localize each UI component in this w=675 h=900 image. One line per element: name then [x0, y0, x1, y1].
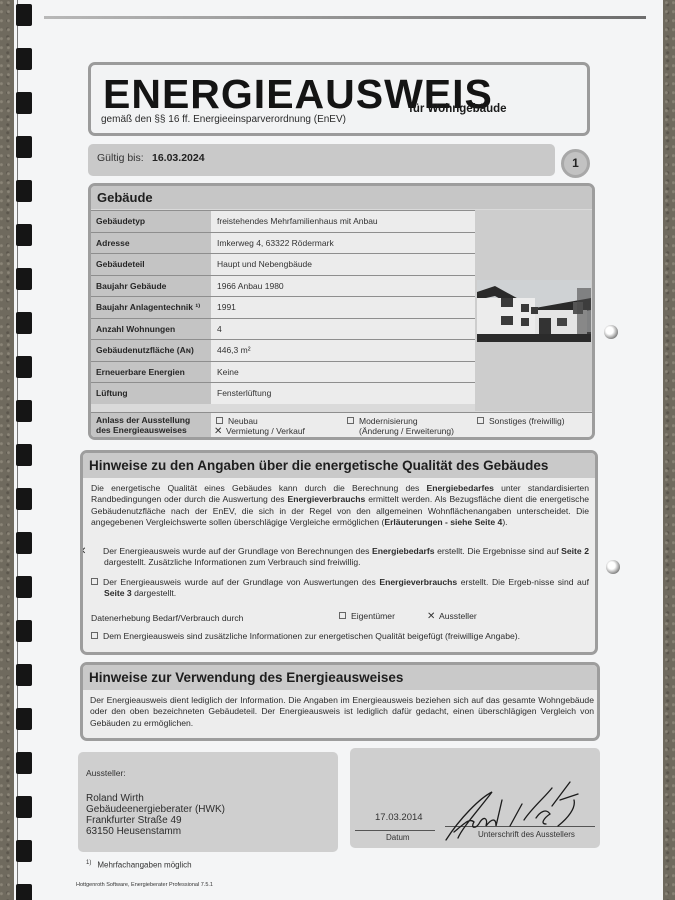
table-row: AdresseImkerweg 4, 63322 Rödermark	[91, 232, 475, 254]
option-vermietung-verkauf[interactable]: ✕Vermietung / Verkauf	[214, 426, 305, 437]
usage-hints-text: Der Energieausweis dient lediglich der I…	[90, 695, 594, 729]
issuer-label: Aussteller:	[86, 768, 126, 778]
row-label: Lüftung	[91, 383, 211, 404]
usage-hints-section: Hinweise zur Verwendung des Energieauswe…	[80, 662, 600, 741]
option-sonstiges[interactable]: Sonstiges (freiwillig)	[477, 416, 565, 426]
row-value: Imkerweg 4, 63322 Rödermark	[211, 233, 475, 254]
issuer-street: Frankfurter Straße 49	[86, 815, 225, 826]
footnote: 1)Mehrfachangaben möglich	[86, 860, 192, 870]
option-label: Neubau	[228, 416, 258, 426]
row-label: Erneuerbare Energien	[91, 362, 211, 383]
usage-hints-heading: Hinweise zur Verwendung des Energieauswe…	[83, 665, 597, 690]
row-label: Baujahr Gebäude	[91, 276, 211, 297]
table-row: Erneuerbare EnergienKeine	[91, 361, 475, 383]
footnote-text: Mehrfachangaben möglich	[97, 861, 191, 870]
option-label: Modernisierung	[359, 416, 418, 426]
binding-tab	[16, 576, 32, 598]
data-collection-label: Datenerhebung Bedarf/Verbrauch durch	[91, 613, 243, 624]
table-row: Anzahl Wohnungen4	[91, 318, 475, 340]
binding-tab	[16, 884, 32, 900]
binding-tab	[16, 620, 32, 642]
date-line	[355, 830, 435, 831]
quality-hints-heading: Hinweise zu den Angaben über die energet…	[83, 453, 595, 478]
issuer-city: 63150 Heusenstamm	[86, 826, 225, 837]
issuer-name: Roland Wirth	[86, 793, 225, 804]
binding-tab	[16, 664, 32, 686]
issuer-box: Aussteller: Roland Wirth Gebäudeenergieb…	[78, 752, 338, 852]
document-subtitle: gemäß den §§ 16 ff. Energieeinsparverord…	[101, 114, 346, 125]
title-box: ENERGIEAUSWEIS gemäß den §§ 16 ff. Energ…	[88, 62, 590, 136]
table-row: LüftungFensterlüftung	[91, 382, 475, 404]
binding-tab	[16, 136, 32, 158]
checkbox-unchecked-icon[interactable]	[347, 417, 354, 424]
checkbox-checked-x-icon[interactable]: ✕	[91, 546, 100, 557]
validity-bar: Gültig bis: 16.03.2024	[88, 144, 555, 176]
binding-tab	[16, 312, 32, 334]
footnote-mark: 1)	[86, 860, 91, 866]
table-row: GebäudeteilHaupt und Nebengbäude	[91, 253, 475, 275]
option-issuer[interactable]: ✕Aussteller	[427, 611, 477, 622]
issuer-title: Gebäudeenergieberater (HWK)	[86, 804, 225, 815]
signature-box: 17.03.2014 Datum Unterschrift des Ausste…	[350, 748, 600, 848]
issue-reason-row: Anlass der Ausstellung des Energieauswei…	[91, 412, 595, 440]
building-table: Gebäudetypfreistehendes Mehrfamilienhaus…	[91, 210, 475, 404]
row-label: Baujahr Anlagentechnik ¹⁾	[91, 297, 211, 318]
row-value: freistehendes Mehrfamilienhaus mit Anbau	[211, 211, 475, 232]
checkbox-unchecked-icon[interactable]	[339, 612, 346, 619]
data-collection-row: Datenerhebung Bedarf/Verbrauch durch Eig…	[91, 611, 589, 623]
binding-tab	[16, 444, 32, 466]
row-value: Keine	[211, 362, 475, 383]
quality-hints-section: Hinweise zu den Angaben über die energet…	[80, 450, 598, 655]
issue-reason-label-line1: Anlass der Ausstellung	[96, 415, 211, 425]
page-number-badge: 1	[561, 149, 590, 178]
date-label: Datum	[386, 833, 410, 842]
checkbox-unchecked-icon[interactable]	[91, 632, 98, 639]
binding-tab	[16, 180, 32, 202]
table-row: Baujahr Gebäude1966 Anbau 1980	[91, 275, 475, 297]
row-label: Gebäudeteil	[91, 254, 211, 275]
check-energy-consumption[interactable]: Der Energieausweis wurde auf der Grundla…	[91, 577, 589, 600]
checkbox-checked-x-icon[interactable]: ✕	[427, 611, 436, 622]
binding-tab	[16, 92, 32, 114]
building-section: Gebäude Gebäudetypfreistehendes Mehrfami…	[88, 183, 595, 440]
option-modernisierung-detail: (Änderung / Erweiterung)	[359, 426, 454, 436]
option-label: Vermietung / Verkauf	[226, 426, 305, 436]
row-value: 1966 Anbau 1980	[211, 276, 475, 297]
check-energy-demand[interactable]: ✕Der Energieausweis wurde auf der Grundl…	[91, 546, 589, 569]
binding-tab	[16, 488, 32, 510]
binding-tab	[16, 268, 32, 290]
binding-tab	[16, 708, 32, 730]
option-owner[interactable]: Eigentümer	[339, 611, 395, 622]
row-value: 4	[211, 319, 475, 340]
row-value: Fensterlüftung	[211, 383, 475, 404]
option-modernisierung[interactable]: Modernisierung	[347, 416, 418, 426]
binding-tab	[16, 840, 32, 862]
row-label: Adresse	[91, 233, 211, 254]
quality-hints-intro: Die energetische Qualität eines Gebäudes…	[91, 483, 589, 529]
building-photo-area	[475, 210, 595, 411]
option-label: Sonstiges (freiwillig)	[489, 416, 565, 426]
binding-tab	[16, 356, 32, 378]
valid-until-value: 16.03.2024	[152, 152, 205, 164]
binding-tab	[16, 224, 32, 246]
issuer-address: Roland Wirth Gebäudeenergieberater (HWK)…	[86, 793, 225, 837]
row-label: Gebäudetyp	[91, 211, 211, 232]
row-value: 446,3 m²	[211, 340, 475, 361]
valid-until-label: Gültig bis:	[97, 152, 144, 164]
punch-hole	[606, 560, 620, 574]
document-scope: für Wohngebäude	[409, 103, 507, 115]
issue-reason-label: Anlass der Ausstellung des Energieauswei…	[91, 413, 211, 440]
row-label: Gebäudenutzfläche (Aɴ)	[91, 340, 211, 361]
binding-tab	[16, 532, 32, 554]
punch-hole	[604, 325, 618, 339]
row-value: 1991	[211, 297, 475, 318]
row-value: Haupt und Nebengbäude	[211, 254, 475, 275]
checkbox-unchecked-icon[interactable]	[477, 417, 484, 424]
table-row: Baujahr Anlagentechnik ¹⁾1991	[91, 296, 475, 318]
issue-date: 17.03.2014	[375, 812, 423, 823]
option-neubau[interactable]: Neubau	[216, 416, 258, 426]
checkbox-unchecked-icon[interactable]	[216, 417, 223, 424]
binding-tab	[16, 400, 32, 422]
table-row: Gebäudenutzfläche (Aɴ)446,3 m²	[91, 339, 475, 361]
binding-tab	[16, 48, 32, 70]
binding-tab	[16, 796, 32, 818]
signature-label: Unterschrift des Ausstellers	[478, 830, 575, 839]
row-label: Anzahl Wohnungen	[91, 319, 211, 340]
top-rule	[44, 16, 646, 19]
software-credit: Hottgenroth Software, Energieberater Pro…	[76, 882, 213, 888]
checkbox-unchecked-icon[interactable]	[91, 578, 98, 585]
issue-reason-label-line2: des Energieausweises	[96, 425, 211, 435]
house-photo	[477, 280, 591, 342]
checkbox-checked-x-icon[interactable]: ✕	[214, 427, 223, 437]
binding-tab	[16, 4, 32, 26]
binding-tab	[16, 752, 32, 774]
check-extra-info[interactable]: Dem Energieausweis sind zusätzliche Info…	[91, 631, 589, 642]
building-heading: Gebäude	[91, 186, 592, 209]
table-row: Gebäudetypfreistehendes Mehrfamilienhaus…	[91, 210, 475, 232]
